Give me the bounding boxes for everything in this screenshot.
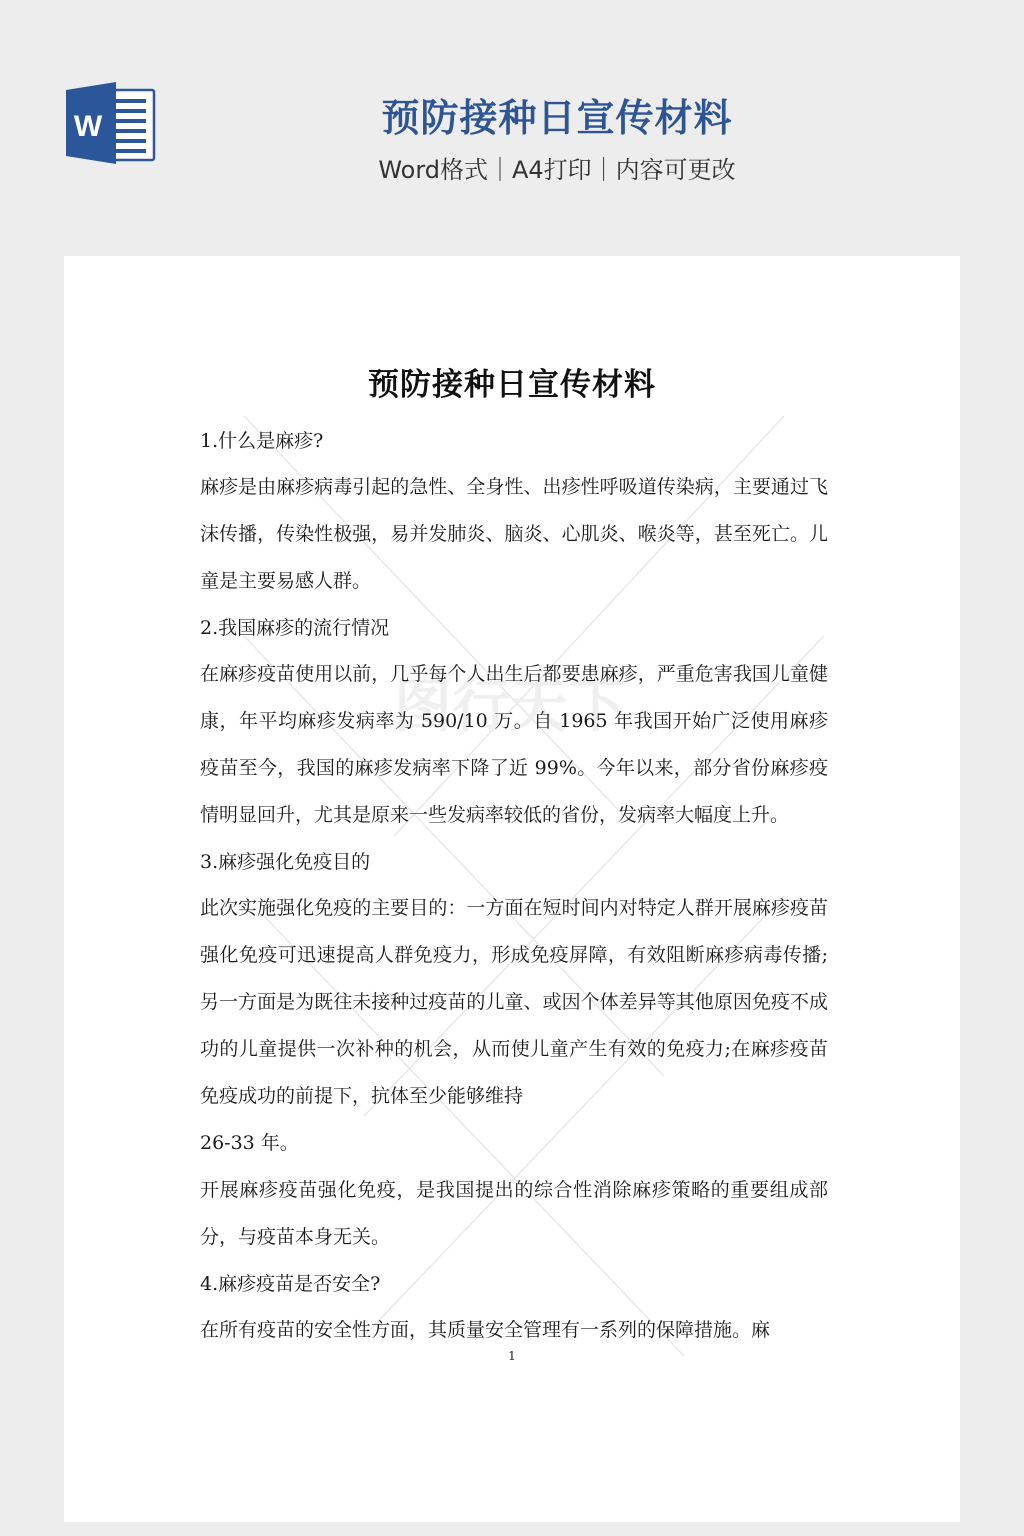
section-heading-1: 1.什么是麻疹? (200, 418, 828, 464)
document-page: 图行天下 预防接种日宣传材料 1.什么是麻疹? 麻疹是由麻疹病毒引起的急性、全身… (64, 256, 960, 1522)
paragraph: 开展麻疹疫苗强化免疫，是我国提出的综合性消除麻疹策略的重要组成部分，与疫苗本身无… (200, 1167, 828, 1261)
paragraph: 在麻疹疫苗使用以前，几乎每个人出生后都要患麻疹，严重危害我国儿童健康，年平均麻疹… (200, 651, 828, 839)
header-title: 预防接种日宣传材料 (300, 92, 814, 144)
document-body: 1.什么是麻疹? 麻疹是由麻疹病毒引起的急性、全身性、出疹性呼吸道传染病，主要通… (200, 418, 828, 1354)
header-subtitle: Word格式｜A4打印｜内容可更改 (300, 152, 814, 188)
paragraph: 26-33 年。 (200, 1120, 828, 1167)
section-heading-3: 3.麻疹强化免疫目的 (200, 839, 828, 885)
svg-text:W: W (74, 110, 103, 143)
paragraph: 此次实施强化免疫的主要目的：一方面在短时间内对特定人群开展麻疹疫苗强化免疫可迅速… (200, 885, 828, 1120)
paragraph: 在所有疫苗的安全性方面，其质量安全管理有一系列的保障措施。麻 (200, 1307, 828, 1354)
paragraph: 麻疹是由麻疹病毒引起的急性、全身性、出疹性呼吸道传染病，主要通过飞沫传播，传染性… (200, 464, 828, 605)
section-heading-4: 4.麻疹疫苗是否安全? (200, 1261, 828, 1307)
preview-header: W 预防接种日宣传材料 Word格式｜A4打印｜内容可更改 (0, 0, 1024, 256)
section-heading-2: 2.我国麻疹的流行情况 (200, 605, 828, 651)
document-title: 预防接种日宣传材料 (64, 362, 960, 408)
word-document-icon: W (66, 82, 156, 164)
page-number: 1 (64, 1349, 960, 1363)
